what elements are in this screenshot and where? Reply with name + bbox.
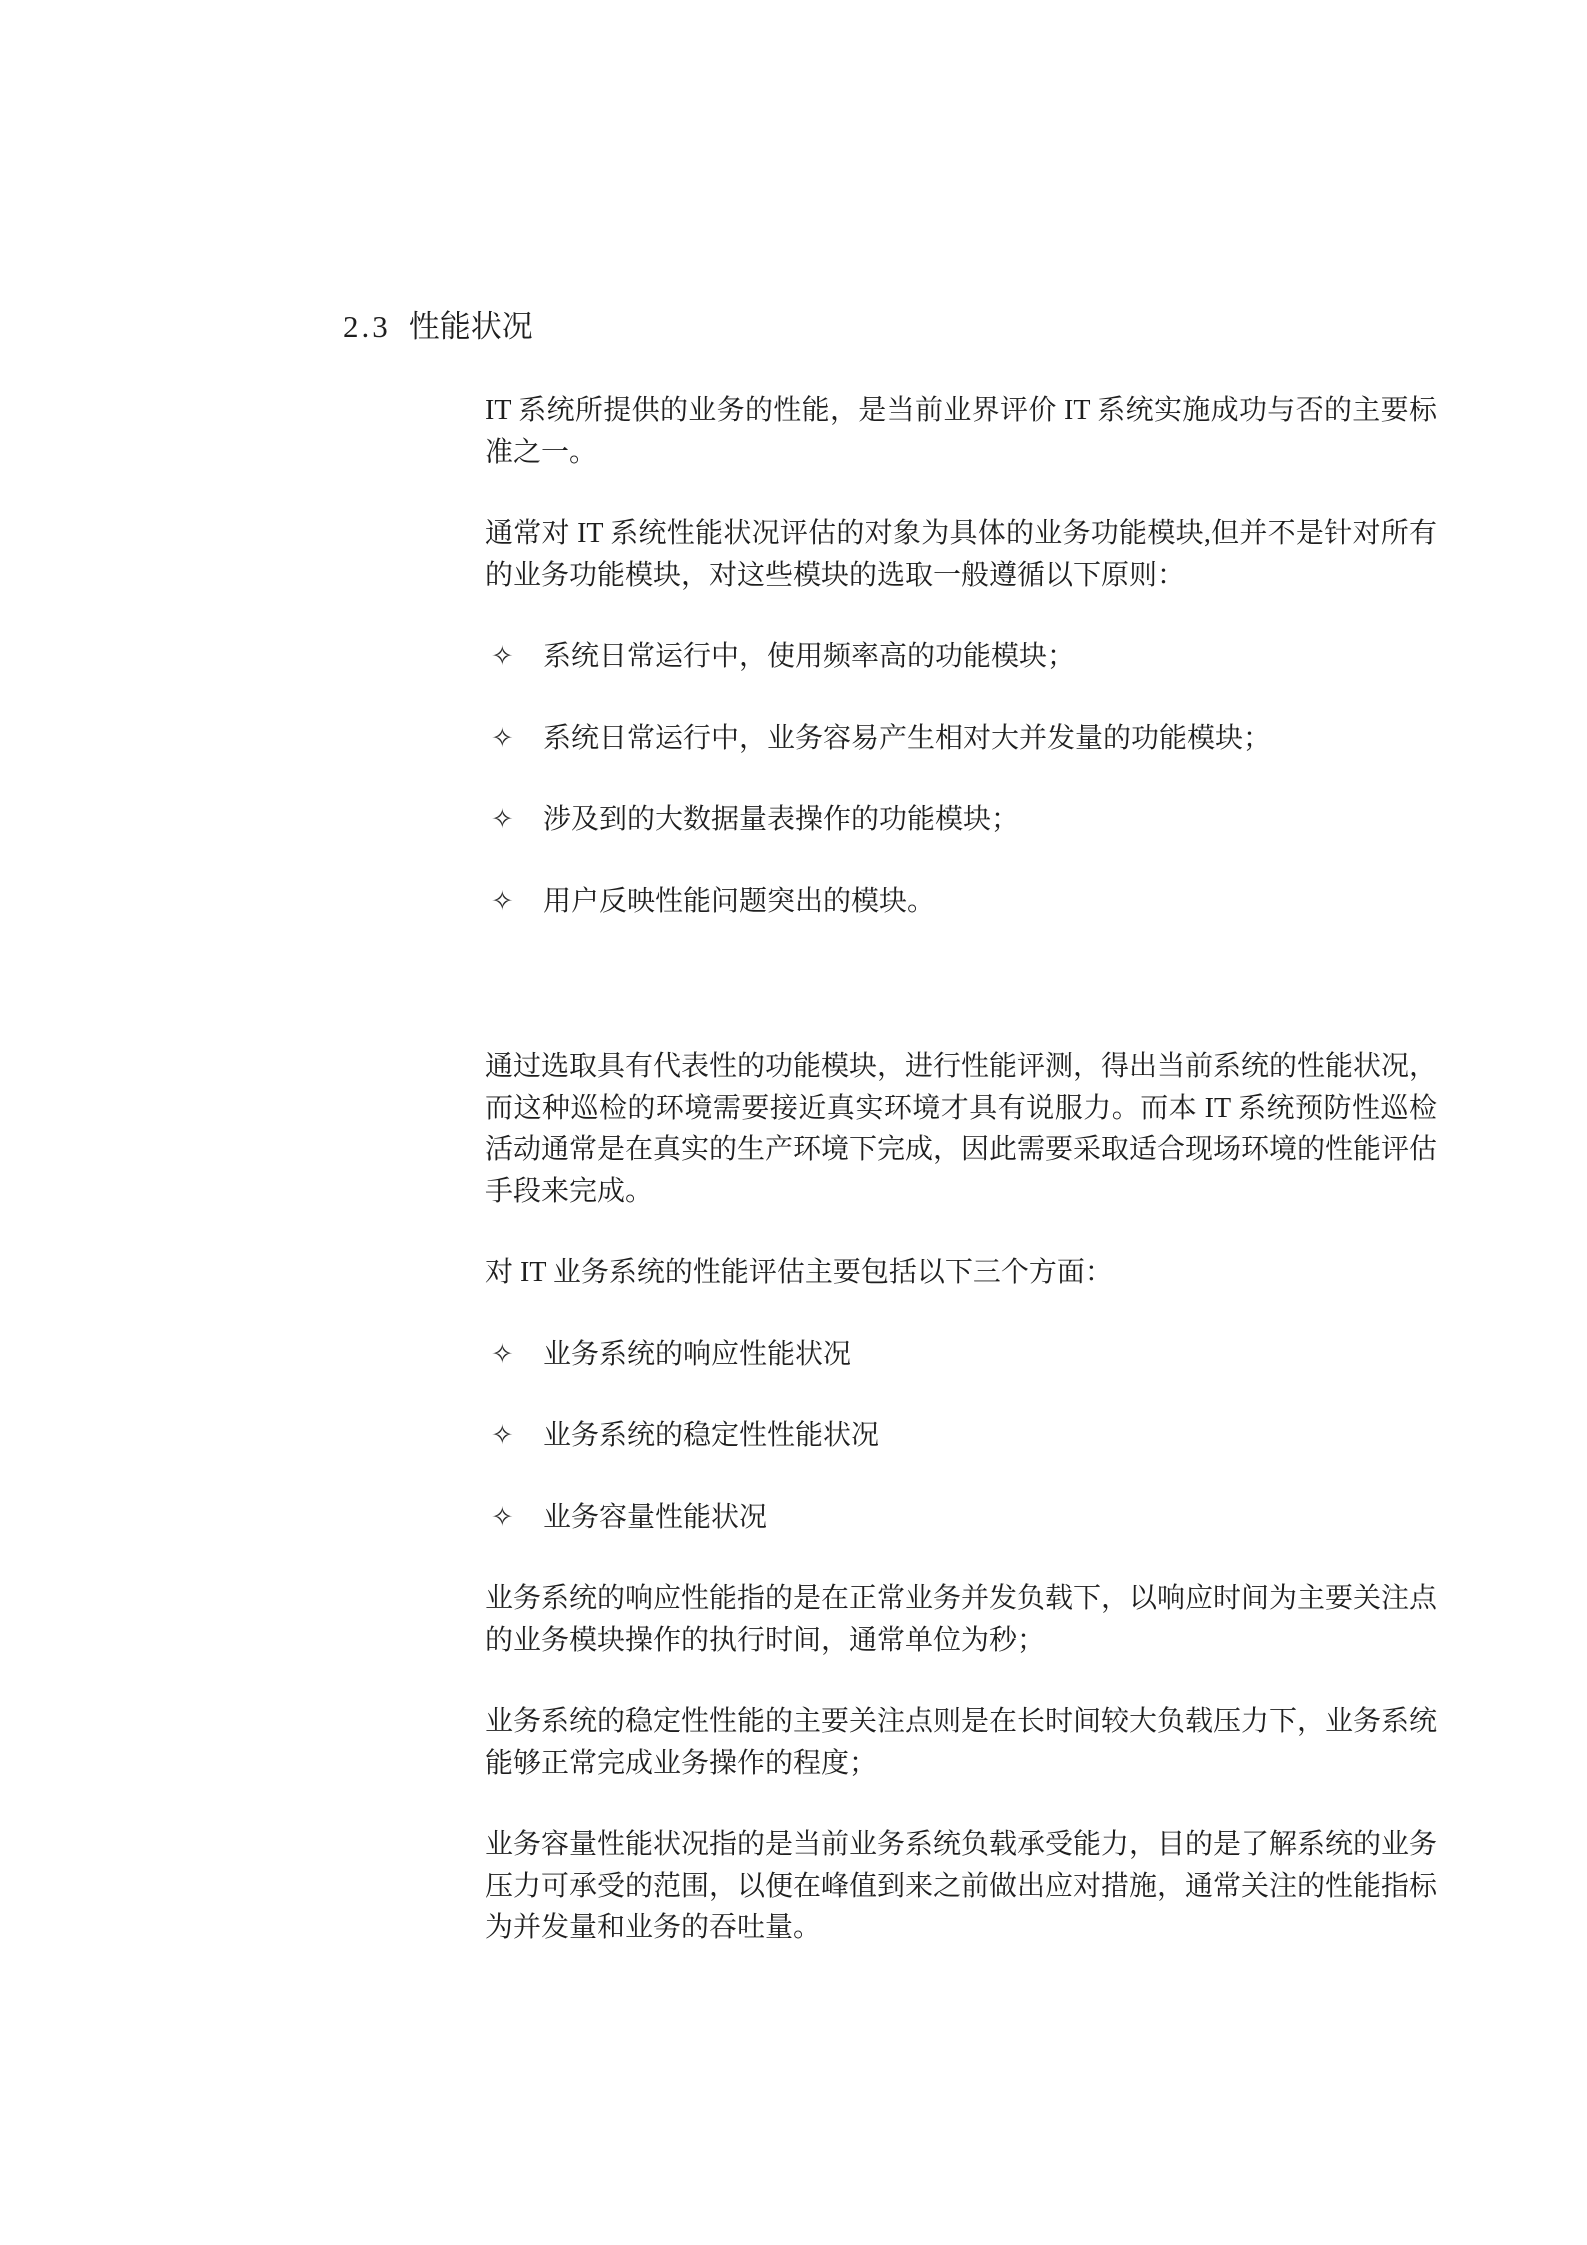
paragraph: 对 IT 业务系统的性能评估主要包括以下三个方面： bbox=[485, 1252, 1437, 1294]
list-item-text: 业务容量性能状况 bbox=[543, 1497, 1437, 1539]
list-item-text: 业务系统的稳定性性能状况 bbox=[543, 1415, 1437, 1457]
diamond-bullet-icon: ✧ bbox=[485, 881, 543, 923]
document-body: IT 系统所提供的业务的性能，是当前业界评价 IT 系统实施成功与否的主要标准之… bbox=[485, 390, 1437, 1949]
paragraph: 业务系统的响应性能指的是在正常业务并发负载下，以响应时间为主要关注点的业务模块操… bbox=[485, 1578, 1437, 1661]
list-item-text: 系统日常运行中，业务容易产生相对大并发量的功能模块； bbox=[543, 718, 1437, 760]
list-item-text: 系统日常运行中，使用频率高的功能模块； bbox=[543, 636, 1437, 678]
section-heading: 2.3性能状况 bbox=[343, 306, 1587, 348]
list-item-text: 用户反映性能问题突出的模块。 bbox=[543, 881, 1437, 923]
paragraph: 通常对 IT 系统性能状况评估的对象为具体的业务功能模块,但并不是针对所有的业务… bbox=[485, 513, 1437, 596]
diamond-bullet-icon: ✧ bbox=[485, 1334, 543, 1376]
diamond-bullet-icon: ✧ bbox=[485, 799, 543, 841]
list-item-text: 业务系统的响应性能状况 bbox=[543, 1334, 1437, 1376]
paragraph: 业务系统的稳定性性能的主要关注点则是在长时间较大负载压力下，业务系统能够正常完成… bbox=[485, 1701, 1437, 1784]
paragraph: 业务容量性能状况指的是当前业务系统负载承受能力，目的是了解系统的业务压力可承受的… bbox=[485, 1824, 1437, 1949]
list-item: ✧用户反映性能问题突出的模块。 bbox=[485, 881, 1437, 923]
list-item: ✧系统日常运行中，使用频率高的功能模块； bbox=[485, 636, 1437, 678]
section-title: 性能状况 bbox=[409, 309, 533, 344]
list-item: ✧系统日常运行中，业务容易产生相对大并发量的功能模块； bbox=[485, 718, 1437, 760]
paragraph: IT 系统所提供的业务的性能，是当前业界评价 IT 系统实施成功与否的主要标准之… bbox=[485, 390, 1437, 473]
list-item: ✧涉及到的大数据量表操作的功能模块； bbox=[485, 799, 1437, 841]
list-item: ✧业务系统的响应性能状况 bbox=[485, 1334, 1437, 1376]
diamond-bullet-icon: ✧ bbox=[485, 636, 543, 678]
diamond-bullet-icon: ✧ bbox=[485, 1415, 543, 1457]
paragraph: 通过选取具有代表性的功能模块，进行性能评测，得出当前系统的性能状况，而这种巡检的… bbox=[485, 1046, 1437, 1212]
diamond-bullet-icon: ✧ bbox=[485, 1497, 543, 1539]
list-item-text: 涉及到的大数据量表操作的功能模块； bbox=[543, 799, 1437, 841]
list-item: ✧业务系统的稳定性性能状况 bbox=[485, 1415, 1437, 1457]
list-item: ✧业务容量性能状况 bbox=[485, 1497, 1437, 1539]
diamond-bullet-icon: ✧ bbox=[485, 718, 543, 760]
section-number: 2.3 bbox=[343, 309, 391, 344]
document-page: 2.3性能状况 IT 系统所提供的业务的性能，是当前业界评价 IT 系统实施成功… bbox=[0, 0, 1587, 2245]
